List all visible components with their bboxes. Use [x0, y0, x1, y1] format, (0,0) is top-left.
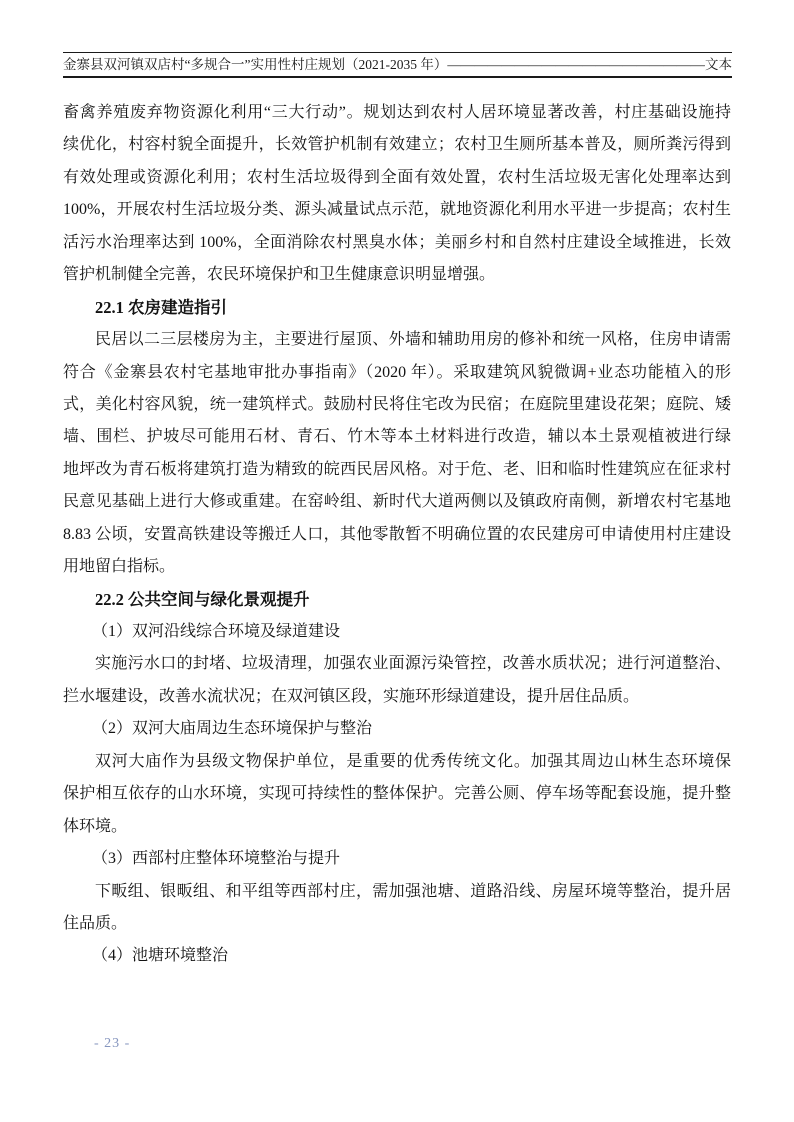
text-line: 用地留白指标。	[63, 551, 731, 583]
document-body: 畜禽养殖废弃物资源化利用“三大行动”。规划达到农村人居环境显著改善，村庄基础设施…	[63, 97, 731, 973]
text-line: 住品质。	[63, 908, 731, 940]
page-number: - 23 -	[94, 1034, 130, 1054]
text-line: 8.83 公顷，安置高铁建设等搬迁人口，其他零散暂不明确位置的农民建房可申请使用…	[63, 519, 731, 551]
text-line: 实施污水口的封堵、垃圾清理，加强农业面源污染管控，改善水质状况；进行河道整治、	[63, 648, 731, 680]
text-line: （4）池塘环境整治	[63, 940, 731, 972]
page-header-rule: 金寨县双河镇双店村“多规合一”实用性村庄规划（2021-2035 年） ————…	[63, 55, 732, 78]
header-dash-separator: ——————————————————————————	[447, 55, 705, 74]
page-header: 金寨县双河镇双店村“多规合一”实用性村庄规划（2021-2035 年） ————…	[63, 52, 732, 78]
text-line: 墙、围栏、护坡尽可能用石材、青石、竹木等本土材料进行改造，辅以本土景观植被进行绿…	[63, 421, 731, 453]
text-line: 民居以二三层楼房为主，主要进行屋顶、外墙和辅助用房的修补和统一风格，住房申请需	[63, 324, 731, 356]
text-line: 100%，开展农村生活垃圾分类、源头减量试点示范，就地资源化利用水平进一步提高；…	[63, 194, 731, 226]
header-doc-type-label: 文本	[705, 55, 732, 74]
section-heading: 22.2 公共空间与绿化景观提升	[63, 584, 731, 616]
text-line: 管护机制健全完善，农民环境保护和卫生健康意识明显增强。	[63, 259, 731, 291]
text-line: 活污水治理率达到 100%，全面消除农村黑臭水体；美丽乡村和自然村庄建设全域推进…	[63, 227, 731, 259]
text-line: 有效处理或资源化利用；农村生活垃圾得到全面有效处置，农村生活垃圾无害化处理率达到	[63, 162, 731, 194]
text-line: 保护相互依存的山水环境，实现可持续性的整体保护。完善公厕、停车场等配套设施，提升…	[63, 778, 731, 810]
text-line: （1）双河沿线综合环境及绿道建设	[63, 616, 731, 648]
text-line: 畜禽养殖废弃物资源化利用“三大行动”。规划达到农村人居环境显著改善，村庄基础设施…	[63, 97, 731, 129]
text-line: 拦水堰建设，改善水流状况；在双河镇区段，实施环形绿道建设，提升居住品质。	[63, 681, 731, 713]
text-line: 民意见基础上进行大修或重建。在窑岭组、新时代大道两侧以及镇政府南侧，新增农村宅基…	[63, 486, 731, 518]
text-line: 体环境。	[63, 811, 731, 843]
document-title: 金寨县双河镇双店村“多规合一”实用性村庄规划（2021-2035 年）	[63, 55, 447, 74]
section-heading: 22.1 农房建造指引	[63, 292, 731, 324]
text-line: 式，美化村容风貌，统一建筑样式。鼓励村民将住宅改为民宿；在庭院里建设花架；庭院、…	[63, 389, 731, 421]
document-page: 金寨县双河镇双店村“多规合一”实用性村庄规划（2021-2035 年） ————…	[0, 0, 794, 1122]
text-line: 双河大庙作为县级文物保护单位，是重要的优秀传统文化。加强其周边山林生态环境保护，	[63, 746, 731, 778]
text-line: （2）双河大庙周边生态环境保护与整治	[63, 713, 731, 745]
text-line: 续优化，村容村貌全面提升，长效管护机制有效建立；农村卫生厕所基本普及，厕所粪污得…	[63, 129, 731, 161]
text-line: 下畈组、银畈组、和平组等西部村庄，需加强池塘、道路沿线、房屋环境等整治，提升居	[63, 876, 731, 908]
text-line: 地坪改为青石板将建筑打造为精致的皖西民居风格。对于危、老、旧和临时性建筑应在征求…	[63, 454, 731, 486]
text-line: 符合《金寨县农村宅基地审批办事指南》（2020 年）。采取建筑风貌微调+业态功能…	[63, 357, 731, 389]
text-line: （3）西部村庄整体环境整治与提升	[63, 843, 731, 875]
